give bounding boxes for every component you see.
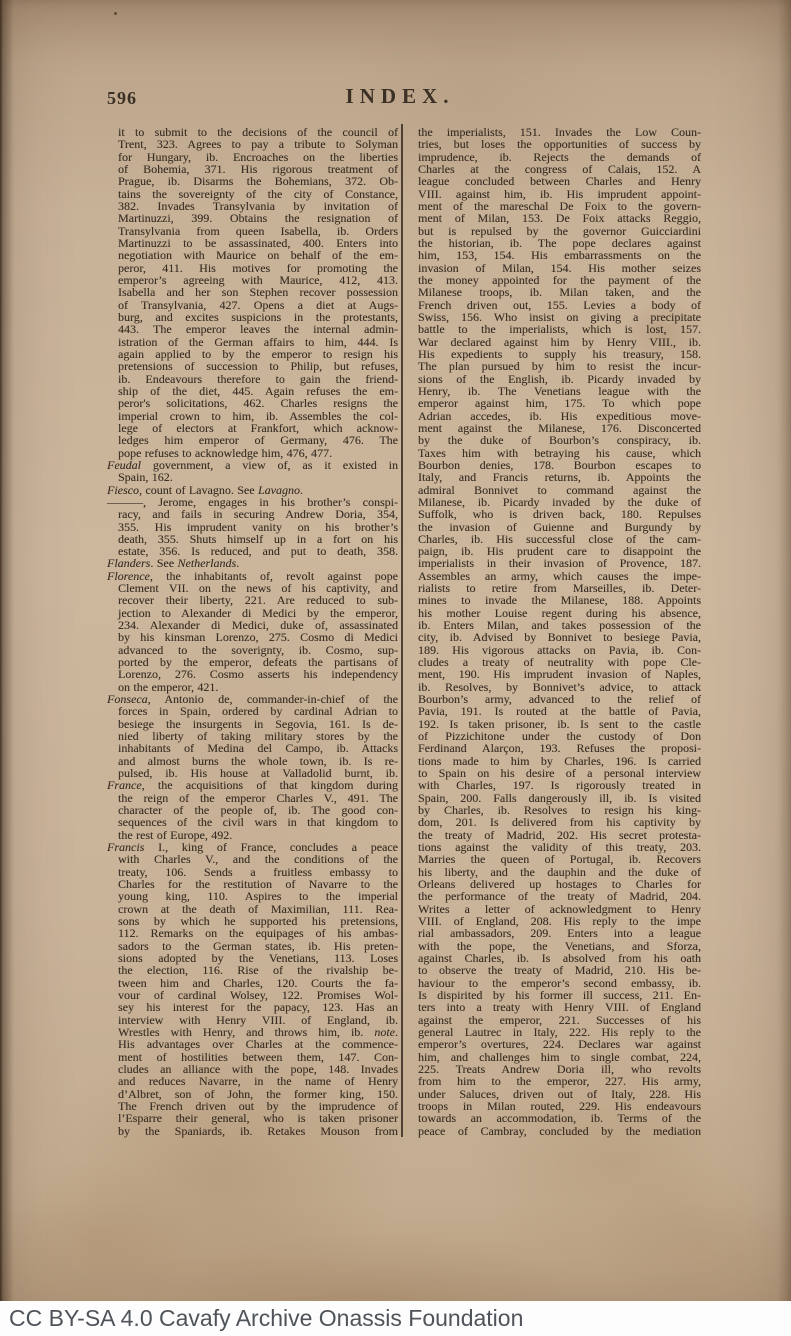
index-line: racy, and fails in securing Andrew Doria… <box>107 508 398 520</box>
license-caption: CC BY-SA 4.0 Cavafy Archive Onassis Foun… <box>9 1301 523 1336</box>
index-line: young king, 110. Aspires to the imperial <box>107 890 398 902</box>
index-line: inhabitants of Medina del Campo, ib. Att… <box>107 742 398 754</box>
index-line: Fiesco, count of Lavagno. See Lavagno. <box>107 484 398 496</box>
index-line: 112. Remarks on the equipages of his amb… <box>107 927 398 939</box>
index-line: sequences of the civil wars in that king… <box>107 816 398 828</box>
index-line: by the Spaniards, ib. Retakes Mouson fro… <box>107 1125 398 1137</box>
index-line: Spain, 162. <box>107 471 398 483</box>
left-column: it to submit to the decisions of the cou… <box>107 126 398 1137</box>
index-line: Martinuzzi, 399. Obtains the resignation… <box>107 212 398 224</box>
index-line: emperor’s overtures, 224. Declares war a… <box>407 1038 701 1050</box>
index-line: 443. The emperor leaves the internal adm… <box>107 323 398 335</box>
index-line: Italy, and Francis returns, ib. Appoints… <box>407 471 701 483</box>
paper-speck <box>114 12 117 15</box>
index-line: His advantages over Charles at the comme… <box>107 1038 398 1050</box>
index-line: Trent, 323. Agrees to pay a tribute to S… <box>107 138 398 150</box>
index-line: imperialists in their invasion of Proven… <box>407 557 701 569</box>
index-line: Lorenzo, 276. Cosmo asserts his independ… <box>107 668 398 680</box>
index-line: dom, 201. Is delivered from his captivit… <box>407 816 701 828</box>
index-line: from him to the emperor, 227. His army, <box>407 1075 701 1087</box>
index-line: to observe the treaty of Madrid, 210. Hi… <box>407 964 701 976</box>
index-line: Flanders. See Netherlands. <box>107 557 398 569</box>
index-line: peace of Cambray, concluded by the media… <box>407 1125 701 1137</box>
index-line: forces in Spain, ordered by cardinal Adr… <box>107 705 398 717</box>
index-line: with Charles, 197. Is rigorously treated… <box>407 779 701 791</box>
index-line: France, the acquisitions of that kingdom… <box>107 779 398 791</box>
book-page-scan: 596 INDEX. it to submit to the decisions… <box>0 0 791 1336</box>
index-line: emperor against him, 175. To which pope <box>407 397 701 409</box>
index-line: battle to the imperialists, which is los… <box>407 323 701 335</box>
index-line: tries, but loses the opportunities of su… <box>407 138 701 150</box>
index-line: pretensions of succession to Philip, but… <box>107 360 398 372</box>
index-line: by his kinsman Lorenzo, 275. Cosmo di Me… <box>107 631 398 643</box>
index-line: sey his interest for the papacy, 123. Ha… <box>107 1001 398 1013</box>
index-line: Isabella and her son Stephen recover pos… <box>107 286 398 298</box>
index-line: 355. His imprudent vanity on his brother… <box>107 521 398 533</box>
page-header-title: INDEX. <box>108 84 692 109</box>
index-line: Milanese troops, ib. Milan taken, and th… <box>407 286 701 298</box>
index-line: Pavia, 191. Is routed at the battle of P… <box>407 705 701 717</box>
index-line: and reduces Navarre, in the name of Henr… <box>107 1075 398 1087</box>
index-line: admiral Bonnivet to command against the <box>407 484 701 496</box>
index-line: recover their liberty, 221. Are reduced … <box>107 594 398 606</box>
index-line: rial ambassadors, 209. Enters into a lea… <box>407 927 701 939</box>
index-line: Prague, ib. Disarms the Bohemians, 372. … <box>107 175 398 187</box>
right-column: the imperialists, 151. Invades the Low C… <box>407 126 701 1137</box>
index-line: ment, 190. His imprudent invasion of Nap… <box>407 668 701 680</box>
index-line: Ferdinand Alarçon, 193. Refuses the prop… <box>407 742 701 754</box>
index-line: the invasion of Guienne and Burgundy by <box>407 521 701 533</box>
index-line: negotiation with Maurice on behalf of th… <box>107 249 398 261</box>
index-line: pope refuses to acknowledge him, 476, 47… <box>107 447 398 459</box>
index-line: ment of Milan, 153. De Foix attacks Regg… <box>407 212 701 224</box>
index-line: ters into a treaty with Henry VIII. of E… <box>407 1001 701 1013</box>
index-line: ledges him emperor of Germany, 476. The <box>107 434 398 446</box>
index-line: the election, 116. Rise of the rivalship… <box>107 964 398 976</box>
index-line: Suffolk, who is driven back, 180. Repuls… <box>407 508 701 520</box>
index-line: the performance of the treaty of Madrid,… <box>407 890 701 902</box>
index-line: mines to invade the Milanese, 188. Appoi… <box>407 594 701 606</box>
index-line: l’Esparre their general, who is taken pr… <box>107 1112 398 1124</box>
license-bar: CC BY-SA 4.0 Cavafy Archive Onassis Foun… <box>0 1301 791 1336</box>
column-divider <box>401 124 403 1137</box>
index-line: him, 153, 154. His embarrassments on the <box>407 249 701 261</box>
index-line: Taxes him with betraying his cause, whic… <box>407 447 701 459</box>
index-line: league concluded between Charles and Hen… <box>407 175 701 187</box>
index-line: towards an accommodation, ib. Terms of t… <box>407 1112 701 1124</box>
index-line: with Charles V., and the conditions of t… <box>107 853 398 865</box>
index-line: The plan pursued by him to resist the in… <box>407 360 701 372</box>
index-line: Marries the queen of Portugal, ib. Recov… <box>407 853 701 865</box>
index-line: city, ib. Advised by Bonnivet to besiege… <box>407 631 701 643</box>
index-line: peror's solicitations, 462. Charles resi… <box>107 397 398 409</box>
index-line: by the duke of Bourbon’s conspiracy, ib. <box>407 434 701 446</box>
